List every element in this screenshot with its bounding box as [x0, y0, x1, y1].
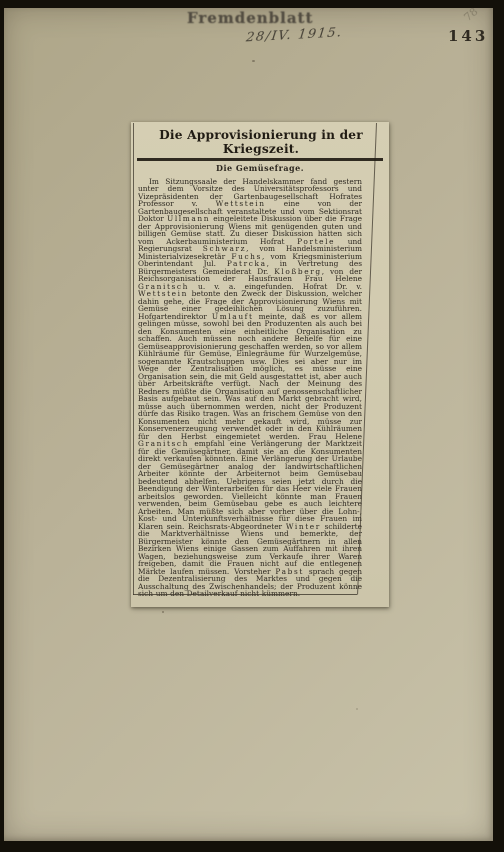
column-rule-bottom: [133, 594, 357, 595]
scanned-archive-page: Fremdenblatt 28/IV. 1915. 78 143 Die App…: [0, 0, 504, 852]
album-page: Fremdenblatt 28/IV. 1915. 78 143 Die App…: [4, 8, 493, 841]
page-number-stamp: 143: [448, 27, 488, 45]
article-subtitle: Die Gemüsefrage.: [131, 163, 389, 173]
column-rule-left: [133, 123, 134, 595]
article-body: Im Sitzungssaale der Handelskammer fand …: [138, 178, 362, 616]
body-text: meinte, daß es vor allem gelingen müsse,…: [138, 312, 362, 441]
handwritten-date: 28/IV. 1915.: [245, 25, 343, 45]
article-title: Die Approvisionierung in der Kriegszeit.: [131, 122, 389, 156]
paper-speck: [252, 60, 255, 62]
masthead-stamp: Fremdenblatt: [187, 9, 313, 27]
pencil-note: 78: [461, 5, 480, 24]
title-underline: [137, 158, 383, 161]
paper-speck: [356, 708, 358, 710]
newspaper-clipping: Die Approvisionierung in der Kriegszeit.…: [131, 122, 389, 607]
body-text: empfahl eine Verlängerung der Marktzeit …: [138, 439, 362, 531]
